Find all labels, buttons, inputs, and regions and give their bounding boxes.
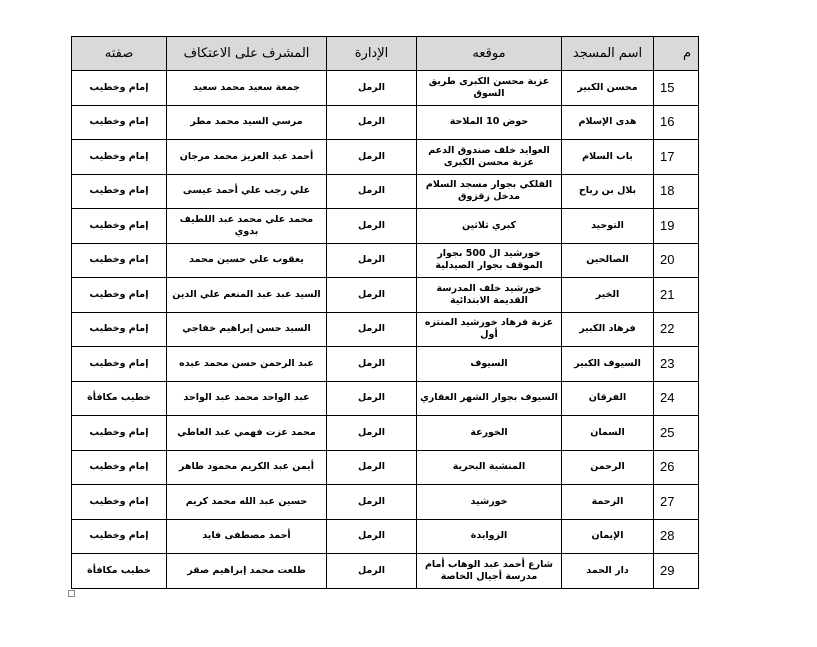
row-number-cell: 20 — [654, 243, 699, 278]
mosque-name-cell: فرهاد الكبير — [562, 312, 654, 347]
administration-cell: الرمل — [327, 209, 417, 244]
mosque-name-cell: الإيمان — [562, 519, 654, 554]
supervisor-cell: يعقوب علي حسين محمد — [167, 243, 327, 278]
location-cell: عزبة محسن الكبرى طريق السوق — [417, 71, 562, 106]
header-num: م — [654, 37, 699, 71]
location-cell: كبري ثلاثين — [417, 209, 562, 244]
location-cell: عزبة فرهاد خورشيد المنتزه أول — [417, 312, 562, 347]
location-cell: خورشيد — [417, 485, 562, 520]
table-row: 15محسن الكبيرعزبة محسن الكبرى طريق السوق… — [72, 71, 699, 106]
table-row: 27الرحمةخورشيدالرملحسين عبد الله محمد كر… — [72, 485, 699, 520]
role-cell: إمام وخطيب — [72, 174, 167, 209]
row-number-cell: 29 — [654, 554, 699, 589]
supervisor-cell: مرسي السيد محمد مطر — [167, 105, 327, 140]
administration-cell: الرمل — [327, 174, 417, 209]
role-cell: إمام وخطيب — [72, 485, 167, 520]
table-row: 18بلال بن رباحالفلكي بجوار مسجد السلام م… — [72, 174, 699, 209]
administration-cell: الرمل — [327, 554, 417, 589]
mosque-name-cell: محسن الكبير — [562, 71, 654, 106]
administration-cell: الرمل — [327, 450, 417, 485]
row-number-cell: 27 — [654, 485, 699, 520]
supervisor-cell: محمد علي محمد عبد اللطيف بدوي — [167, 209, 327, 244]
role-cell: إمام وخطيب — [72, 140, 167, 175]
table-row: 16هدى الإسلامحوض 10 الملاحةالرملمرسي الس… — [72, 105, 699, 140]
supervisor-cell: أحمد عبد العزيز محمد مرجان — [167, 140, 327, 175]
table-row: 25السمانالخورعةالرملمحمد عزت فهمي عبد ال… — [72, 416, 699, 451]
header-role: صفته — [72, 37, 167, 71]
mosque-name-cell: السمان — [562, 416, 654, 451]
role-cell: خطيب مكافأة — [72, 554, 167, 589]
header-administration: الإدارة — [327, 37, 417, 71]
location-cell: الزوايدة — [417, 519, 562, 554]
table-anchor-marker — [68, 590, 75, 597]
mosque-name-cell: التوحيد — [562, 209, 654, 244]
administration-cell: الرمل — [327, 105, 417, 140]
role-cell: إمام وخطيب — [72, 347, 167, 382]
table-row: 21الخيرخورشيد خلف المدرسة القديمة الابتد… — [72, 278, 699, 313]
table-row: 17باب السلامالعوايد خلف صندوق الدعم عزبة… — [72, 140, 699, 175]
administration-cell: الرمل — [327, 312, 417, 347]
row-number-cell: 28 — [654, 519, 699, 554]
document-page: م اسم المسجد موقعه الإدارة المشرف على ال… — [0, 0, 817, 647]
table-row: 24الفرقانالسيوف بجوار الشهر العقاريالرمل… — [72, 381, 699, 416]
location-cell: السيوف بجوار الشهر العقاري — [417, 381, 562, 416]
supervisor-cell: طلعت محمد إبراهيم صقر — [167, 554, 327, 589]
mosque-name-cell: دار الحمد — [562, 554, 654, 589]
mosque-name-cell: الفرقان — [562, 381, 654, 416]
mosque-name-cell: السيوف الكبير — [562, 347, 654, 382]
role-cell: إمام وخطيب — [72, 71, 167, 106]
supervisor-cell: حسين عبد الله محمد كريم — [167, 485, 327, 520]
row-number-cell: 22 — [654, 312, 699, 347]
row-number-cell: 18 — [654, 174, 699, 209]
supervisor-cell: محمد عزت فهمي عبد العاطي — [167, 416, 327, 451]
role-cell: إمام وخطيب — [72, 519, 167, 554]
row-number-cell: 23 — [654, 347, 699, 382]
supervisor-cell: السيد عبد عبد المنعم علي الدين — [167, 278, 327, 313]
table-row: 20الصالحينخورشيد ال 500 بجوار الموقف بجو… — [72, 243, 699, 278]
row-number-cell: 16 — [654, 105, 699, 140]
mosque-name-cell: باب السلام — [562, 140, 654, 175]
location-cell: شارع أحمد عبد الوهاب أمام مدرسة أجيال ال… — [417, 554, 562, 589]
role-cell: إمام وخطيب — [72, 105, 167, 140]
mosque-name-cell: الرحمة — [562, 485, 654, 520]
header-supervisor: المشرف على الاعتكاف — [167, 37, 327, 71]
row-number-cell: 19 — [654, 209, 699, 244]
administration-cell: الرمل — [327, 278, 417, 313]
mosque-name-cell: بلال بن رباح — [562, 174, 654, 209]
header-location: موقعه — [417, 37, 562, 71]
table-row: 19التوحيدكبري ثلاثينالرملمحمد علي محمد ع… — [72, 209, 699, 244]
administration-cell: الرمل — [327, 347, 417, 382]
role-cell: خطيب مكافأة — [72, 381, 167, 416]
location-cell: الخورعة — [417, 416, 562, 451]
administration-cell: الرمل — [327, 71, 417, 106]
row-number-cell: 24 — [654, 381, 699, 416]
role-cell: إمام وخطيب — [72, 416, 167, 451]
location-cell: المنشية البحرية — [417, 450, 562, 485]
administration-cell: الرمل — [327, 416, 417, 451]
administration-cell: الرمل — [327, 485, 417, 520]
role-cell: إمام وخطيب — [72, 278, 167, 313]
location-cell: خورشيد خلف المدرسة القديمة الابتدائية — [417, 278, 562, 313]
row-number-cell: 26 — [654, 450, 699, 485]
administration-cell: الرمل — [327, 140, 417, 175]
row-number-cell: 21 — [654, 278, 699, 313]
role-cell: إمام وخطيب — [72, 312, 167, 347]
header-mosque-name: اسم المسجد — [562, 37, 654, 71]
header-row: م اسم المسجد موقعه الإدارة المشرف على ال… — [72, 37, 699, 71]
supervisor-cell: عبد الرحمن حسن محمد عبده — [167, 347, 327, 382]
location-cell: الفلكي بجوار مسجد السلام مدخل زقزوق — [417, 174, 562, 209]
supervisor-cell: السيد حسن إبراهيم خفاجي — [167, 312, 327, 347]
location-cell: حوض 10 الملاحة — [417, 105, 562, 140]
supervisor-cell: جمعة سعيد محمد سعيد — [167, 71, 327, 106]
role-cell: إمام وخطيب — [72, 450, 167, 485]
row-number-cell: 15 — [654, 71, 699, 106]
supervisor-cell: أحمد مصطفى فايد — [167, 519, 327, 554]
location-cell: العوايد خلف صندوق الدعم عزبة محسن الكبرى — [417, 140, 562, 175]
mosque-name-cell: الرحمن — [562, 450, 654, 485]
row-number-cell: 25 — [654, 416, 699, 451]
administration-cell: الرمل — [327, 243, 417, 278]
location-cell: خورشيد ال 500 بجوار الموقف بجوار الصيدلي… — [417, 243, 562, 278]
supervisor-cell: أيمن عبد الكريم محمود طاهر — [167, 450, 327, 485]
row-number-cell: 17 — [654, 140, 699, 175]
mosque-name-cell: الصالحين — [562, 243, 654, 278]
mosque-name-cell: هدى الإسلام — [562, 105, 654, 140]
table-row: 29دار الحمدشارع أحمد عبد الوهاب أمام مدر… — [72, 554, 699, 589]
administration-cell: الرمل — [327, 381, 417, 416]
table-row: 26الرحمنالمنشية البحريةالرملأيمن عبد الك… — [72, 450, 699, 485]
role-cell: إمام وخطيب — [72, 243, 167, 278]
administration-cell: الرمل — [327, 519, 417, 554]
mosque-name-cell: الخير — [562, 278, 654, 313]
mosque-itikaf-table: م اسم المسجد موقعه الإدارة المشرف على ال… — [71, 36, 699, 589]
supervisor-cell: علي رجب علي أحمد عيسى — [167, 174, 327, 209]
supervisor-cell: عبد الواحد محمد عبد الواحد — [167, 381, 327, 416]
table-row: 22فرهاد الكبيرعزبة فرهاد خورشيد المنتزه … — [72, 312, 699, 347]
table-row: 23السيوف الكبيرالسيوفالرملعبد الرحمن حسن… — [72, 347, 699, 382]
table-row: 28الإيمانالزوايدةالرملأحمد مصطفى فايدإما… — [72, 519, 699, 554]
location-cell: السيوف — [417, 347, 562, 382]
role-cell: إمام وخطيب — [72, 209, 167, 244]
